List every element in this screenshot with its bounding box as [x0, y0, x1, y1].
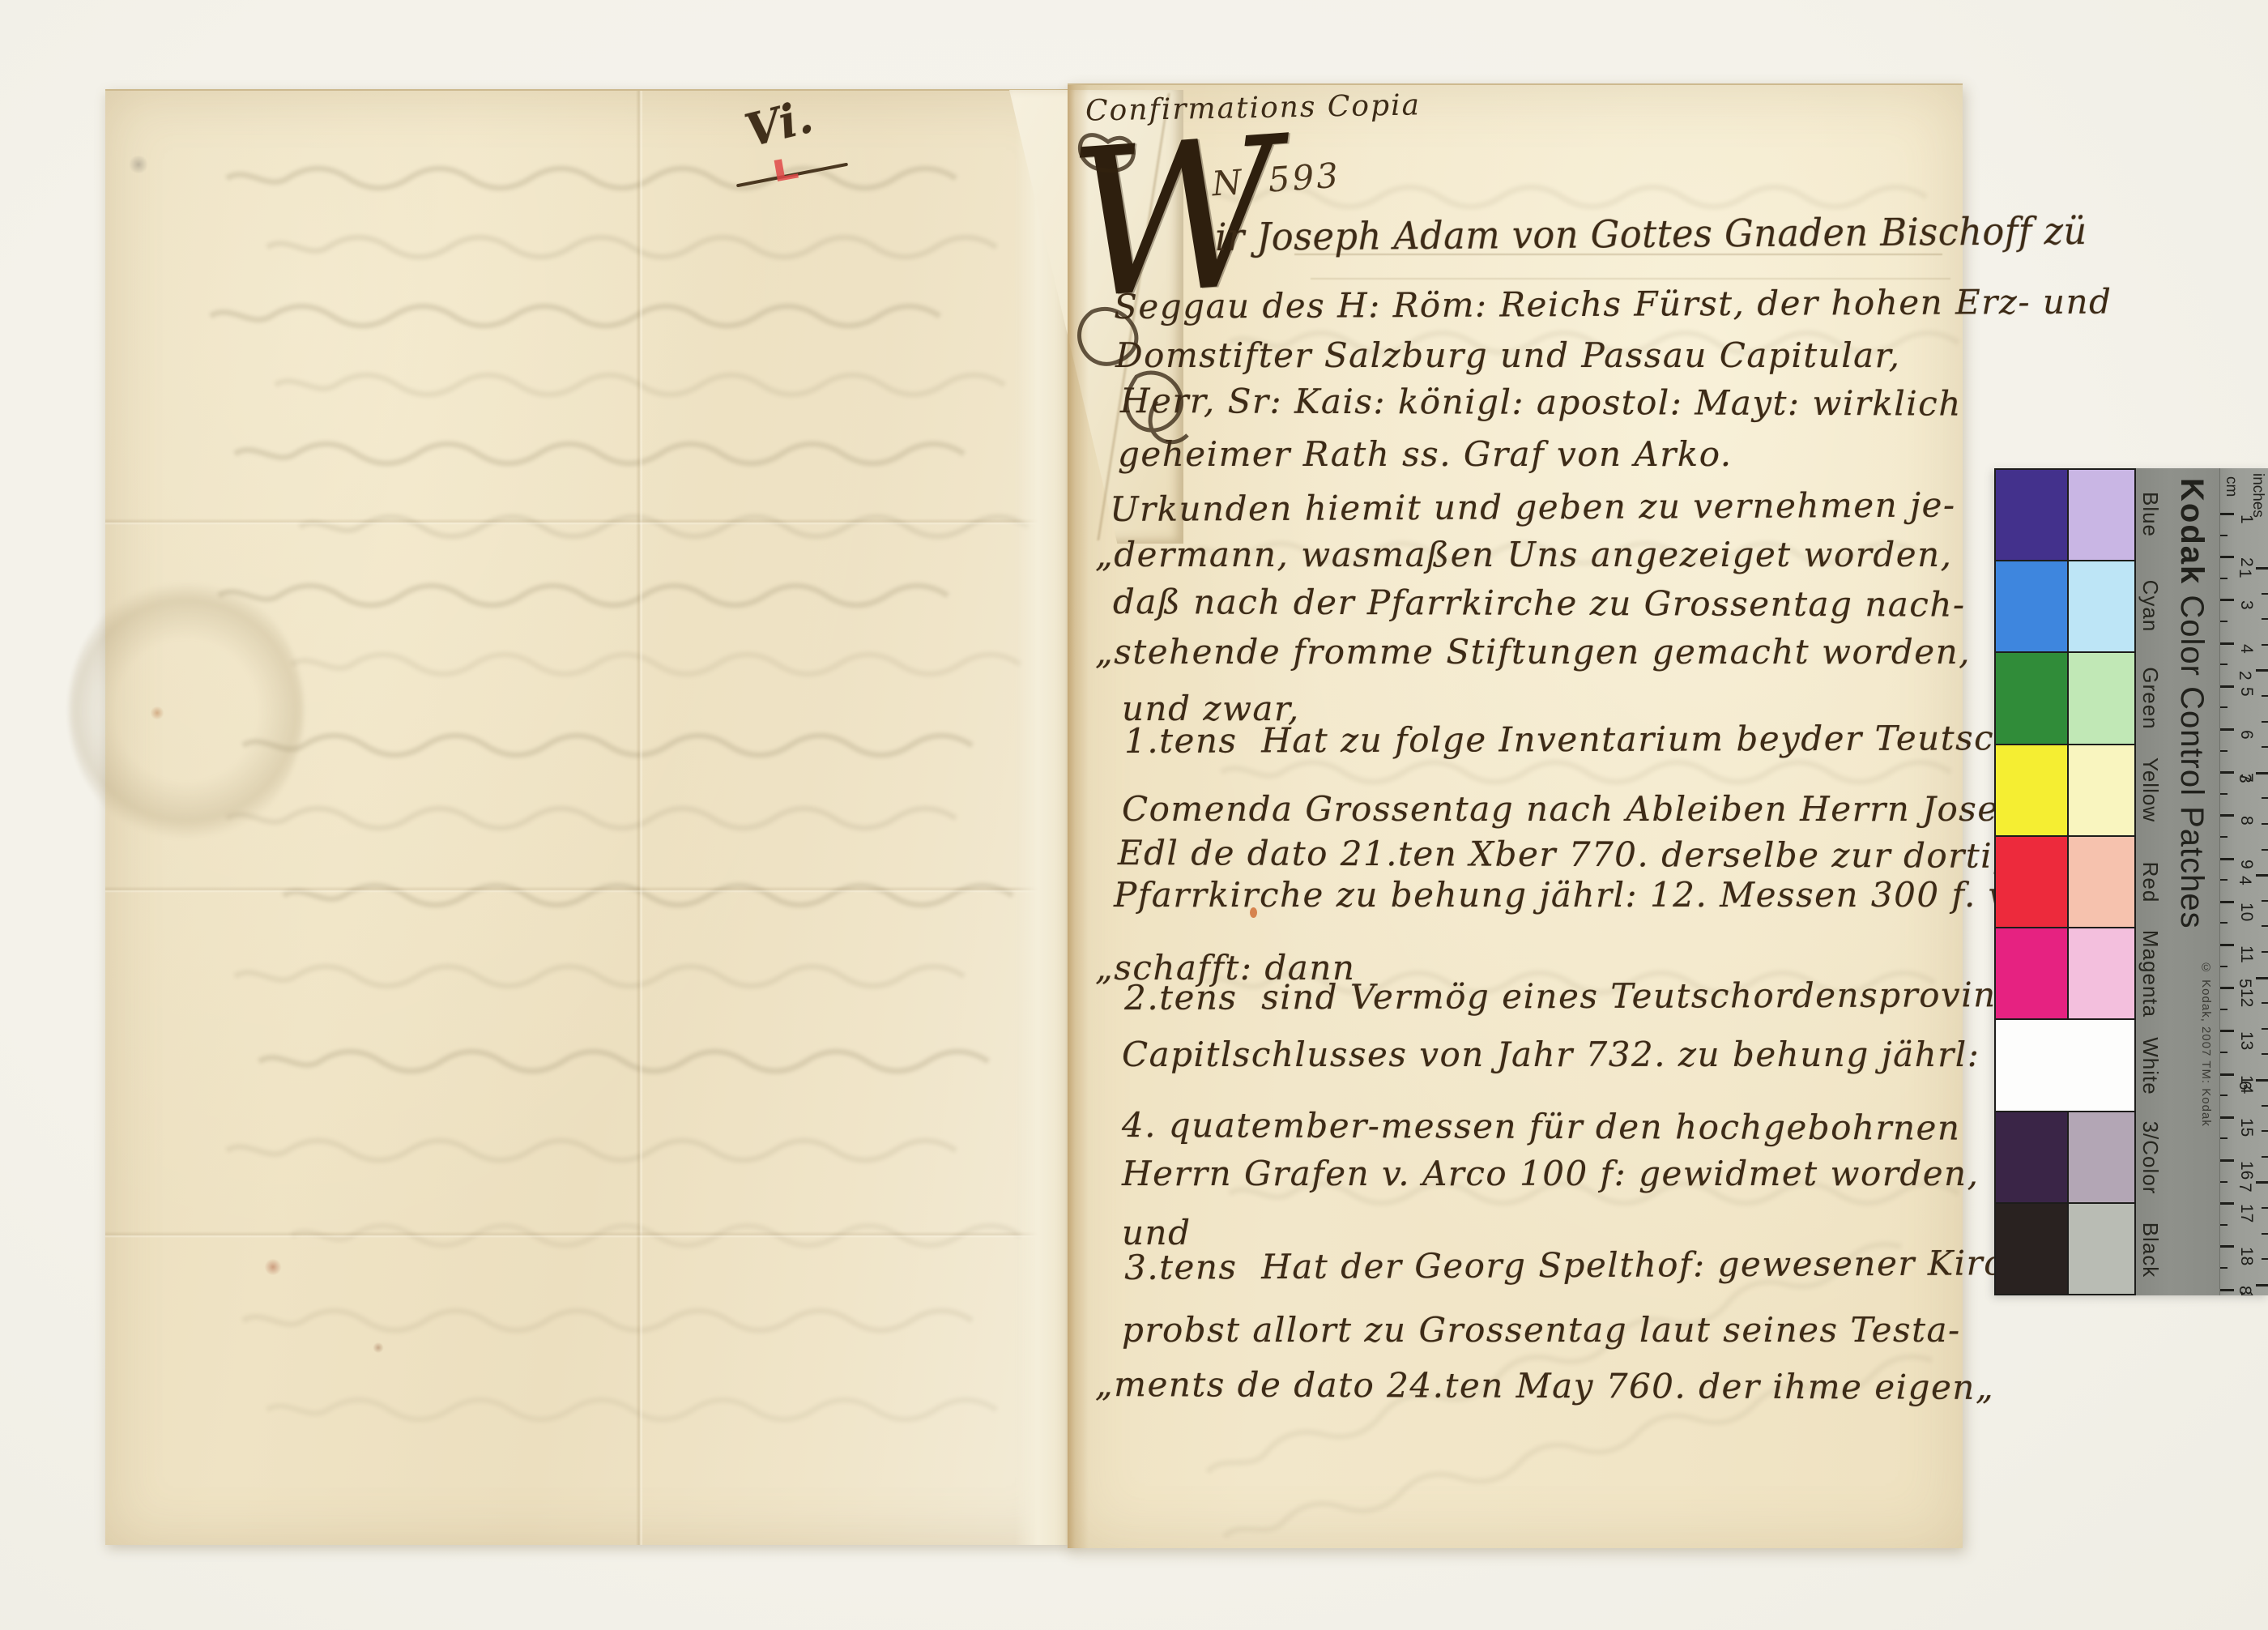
patch-row-white	[1996, 1020, 2134, 1110]
vertical-fold-crease	[636, 91, 643, 1545]
patch-row-yellow	[1996, 745, 2134, 835]
manuscript-line: geheimer Rath ss. Graf von Arko.	[1118, 435, 1733, 474]
target-ruler: cm inches 12345678910111213141516171819 …	[2219, 468, 2268, 1295]
target-title-rest: Color Control Patches	[2174, 585, 2210, 928]
patch-blue-tint	[2069, 470, 2134, 560]
archivist-initials-mark: Vi.	[740, 90, 818, 158]
kodak-color-target: Blue Cyan Green Yellow Red Magenta White…	[1994, 468, 2268, 1295]
patch-yellow	[1996, 745, 2067, 835]
manuscript-line: 1.tens Hat zu folge Inventarium beyder T…	[1124, 719, 2142, 762]
right-page: Confirmations Copia N. 593 W ir Joseph A…	[1068, 83, 1963, 1548]
manuscript-line: „dermann, wasmaßen Uns angezeiget worden…	[1095, 536, 1953, 574]
patch-yellow-tint	[2069, 745, 2134, 835]
left-page: Vi. L	[105, 89, 1074, 1545]
patch-black	[1996, 1204, 2067, 1294]
label-white: White	[2138, 1037, 2163, 1094]
patch-magenta	[1996, 928, 2067, 1018]
manuscript-line: Herrn Grafen v. Arco 100 f: gewidmet wor…	[1122, 1154, 1979, 1193]
patch-row-cyan	[1996, 561, 2134, 651]
stain-spot	[150, 706, 164, 719]
manuscript-line: Edl de dato 21.ten Xber 770. derselbe zu…	[1118, 834, 2061, 876]
ruled-guide-line	[1311, 278, 1950, 279]
archival-scan: Vi. L Confirmations Copia N. 593 W	[0, 0, 2268, 1630]
patch-row-magenta	[1996, 928, 2134, 1018]
paper-watermark	[69, 577, 304, 844]
patch-3color-tint	[2069, 1112, 2134, 1202]
manuscript-line: 2.tens sind Vermög eines Teutschordenspr…	[1124, 975, 2075, 1018]
manuscript-line: 3.tens Hat der Georg Spelthof: gewesener…	[1124, 1244, 2084, 1288]
target-copyright: © Kodak, 2007 TM: Kodak	[2199, 961, 2213, 1127]
manuscript-line: Herr, Sr: Kais: königl: apostol: Mayt: w…	[1120, 382, 1962, 424]
manuscript-line: „ments de dato 24.ten May 760. der ihme …	[1095, 1365, 1994, 1407]
target-title: Kodak Color Control Patches	[2173, 478, 2210, 1288]
patch-white	[1996, 1020, 2134, 1110]
stain-spot	[373, 1342, 384, 1353]
ruler-unit-inches: inches	[2249, 473, 2266, 518]
patch-row-blue	[1996, 470, 2134, 560]
manuscript-line: 4. quatember-messen für den hochgebohrne…	[1122, 1106, 1961, 1148]
manuscript-line: daß nach der Pfarrkirche zu Grossentag n…	[1113, 582, 1966, 625]
patch-black-tint	[2069, 1204, 2134, 1294]
label-yellow: Yellow	[2138, 757, 2163, 822]
manuscript-line: „stehende fromme Stiftungen gemacht word…	[1095, 633, 1971, 672]
horizontal-fold-crease	[105, 886, 1074, 893]
manuscript-line: Domstifter Salzburg und Passau Capitular…	[1115, 336, 1900, 375]
manuscript-line: Seggau des H: Röm: Reichs Fürst, der hoh…	[1114, 283, 2112, 327]
patch-red-tint	[2069, 837, 2134, 927]
patch-cyan-tint	[2069, 561, 2134, 651]
patch-red	[1996, 837, 2067, 927]
patch-row-green	[1996, 653, 2134, 743]
patch-magenta-tint	[2069, 928, 2134, 1018]
manuscript-line: Comenda Grossentag nach Ableiben Herrn J…	[1122, 790, 2045, 829]
manuscript-line: probst allort zu Grossentag laut seines …	[1122, 1311, 1961, 1350]
patch-row-red	[1996, 837, 2134, 927]
patch-3color	[1996, 1112, 2067, 1202]
patch-green-tint	[2069, 653, 2134, 743]
red-crayon-mark: L	[769, 152, 801, 190]
patch-row-black	[1996, 1204, 2134, 1294]
color-patch-grid	[1994, 468, 2136, 1295]
label-3color: 3/Color	[2138, 1121, 2163, 1195]
stain-spot	[128, 156, 149, 173]
patch-labels: Blue Cyan Green Yellow Red Magenta White…	[2136, 468, 2168, 1295]
horizontal-fold-crease	[105, 518, 1074, 525]
label-magenta: Magenta	[2138, 930, 2163, 1018]
kodak-brand: Kodak	[2174, 478, 2210, 585]
patch-cyan	[1996, 561, 2067, 651]
manuscript-line: Capitlschlusses von Jahr 732. zu behung …	[1122, 1035, 1980, 1074]
label-cyan: Cyan	[2138, 580, 2163, 633]
label-black: Black	[2138, 1222, 2163, 1278]
horizontal-fold-crease	[105, 1231, 1074, 1238]
label-green: Green	[2138, 667, 2163, 729]
ink-speck	[1250, 907, 1257, 918]
label-blue: Blue	[2138, 492, 2163, 537]
patch-row-3color	[1996, 1112, 2134, 1202]
patch-green	[1996, 653, 2067, 743]
target-label-band: Blue Cyan Green Yellow Red Magenta White…	[2136, 468, 2219, 1295]
stain-spot	[264, 1259, 282, 1275]
label-red: Red	[2138, 862, 2163, 903]
manuscript-line: ir Joseph Adam von Gottes Gnaden Bischof…	[1215, 210, 2087, 260]
manuscript-line: Urkunden hiemit und geben zu vernehmen j…	[1110, 486, 1956, 530]
patch-blue	[1996, 470, 2067, 560]
ruler-unit-cm: cm	[2222, 476, 2240, 497]
